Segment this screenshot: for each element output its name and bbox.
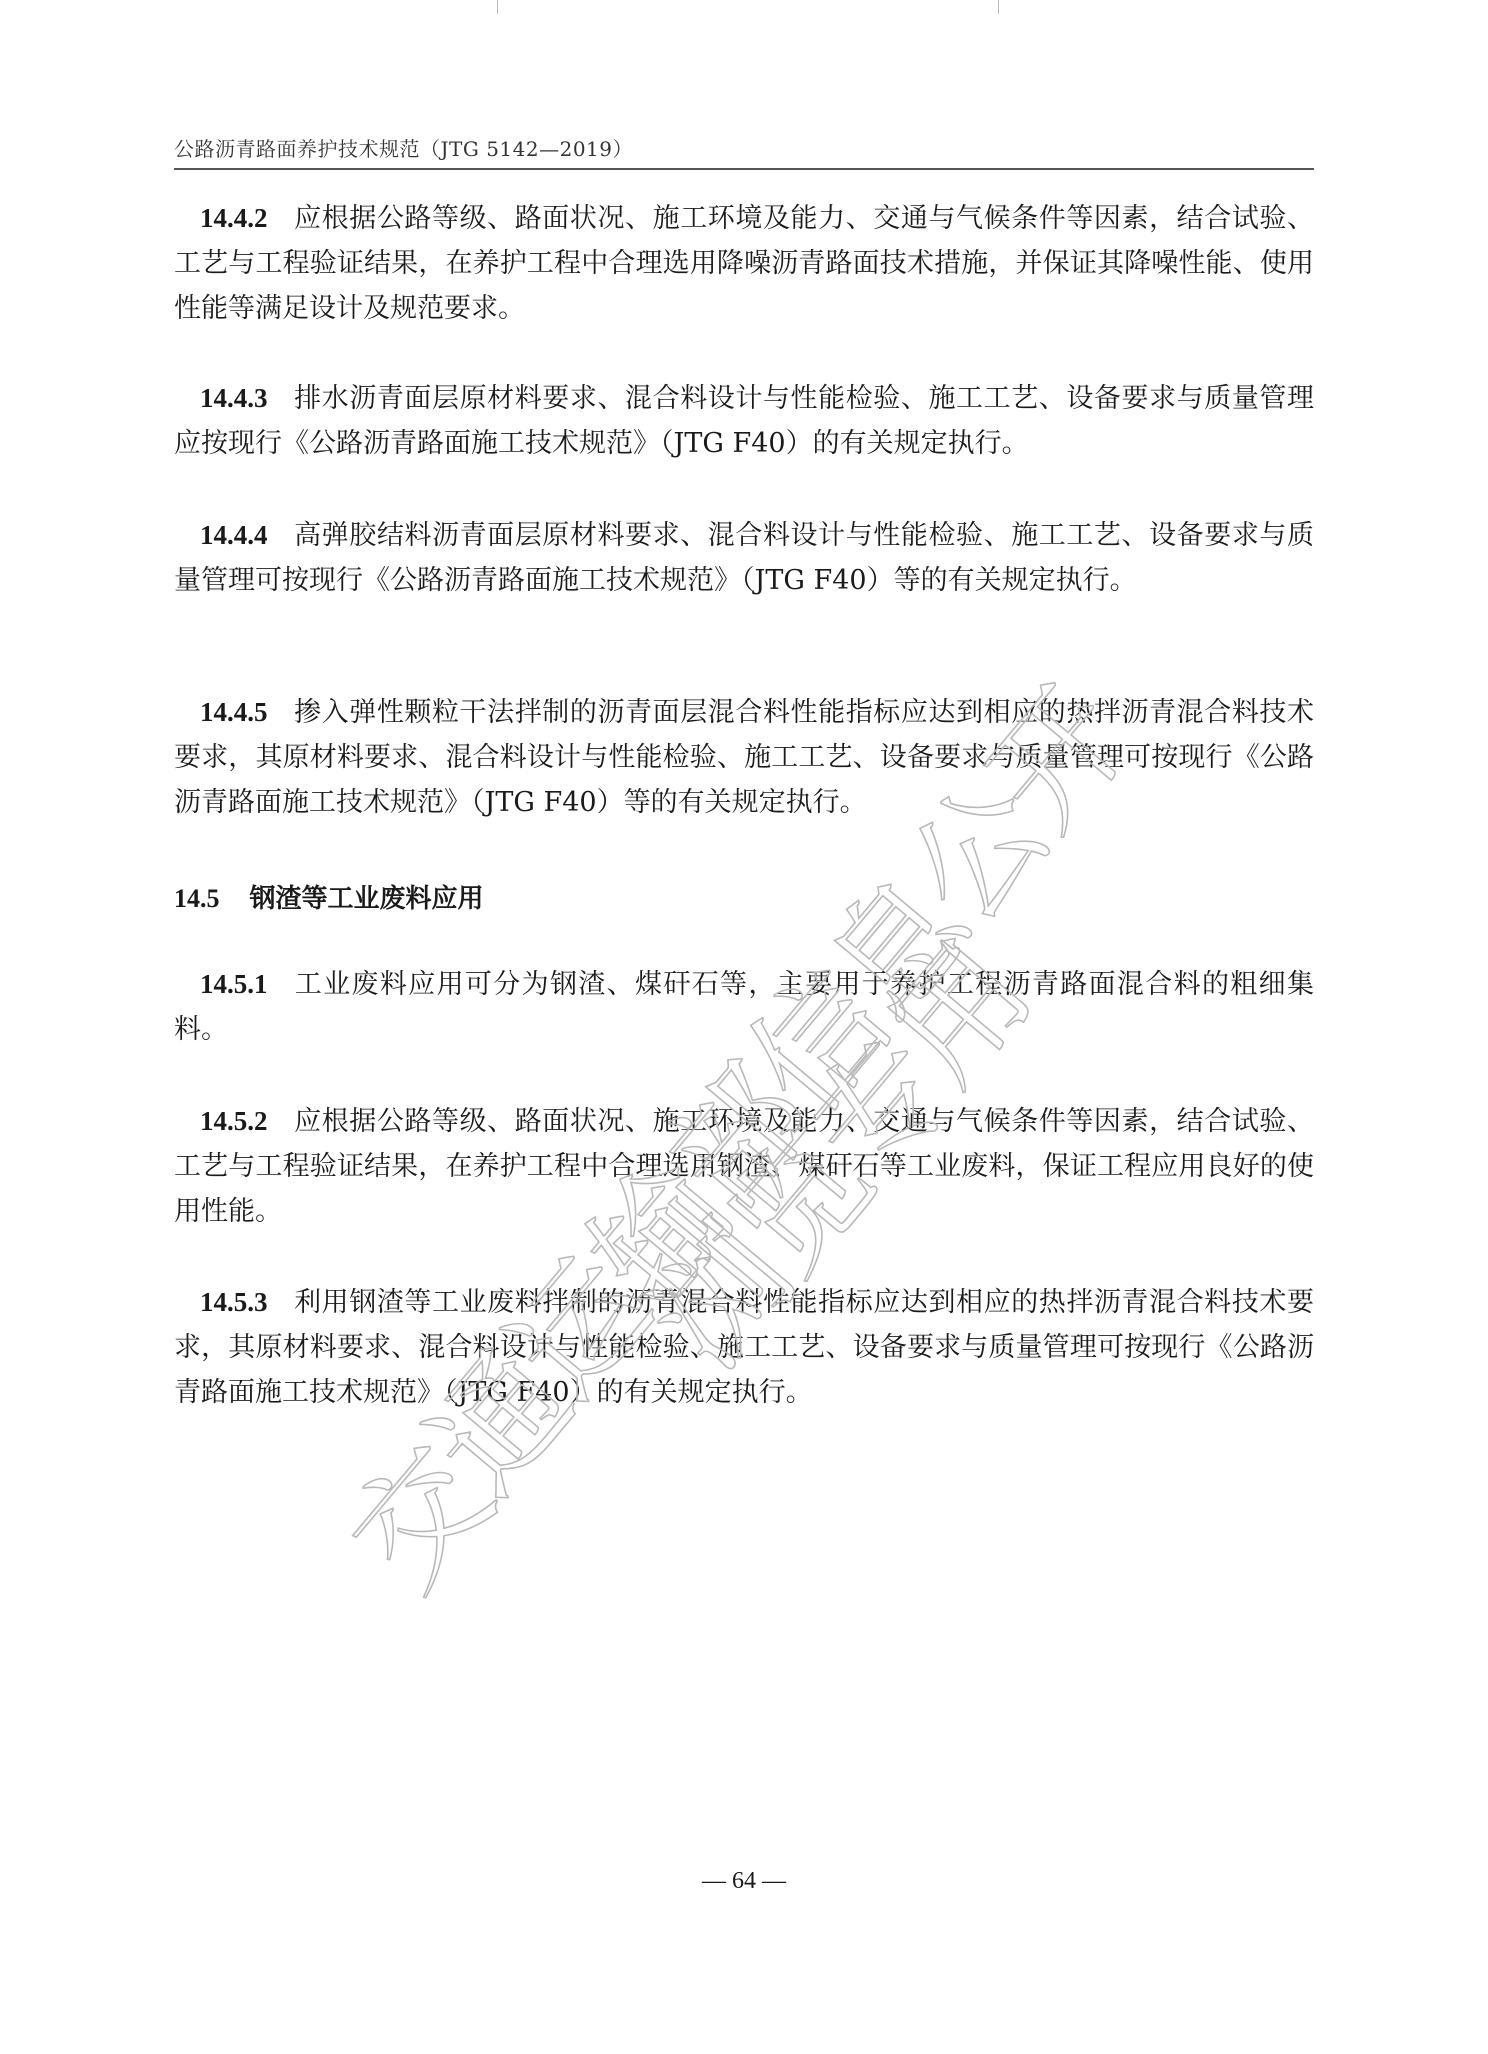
crop-mark-right — [998, 0, 999, 14]
clause-14-5-2: 14.5.2应根据公路等级、路面状况、施工环境及能力、交通与气候条件等因素，结合… — [174, 1099, 1314, 1234]
clause-number: 14.5.3 — [200, 1287, 268, 1317]
clause-text: 排水沥青面层原材料要求、混合料设计与性能检验、施工工艺、设备要求与质量管理应按现… — [174, 383, 1314, 459]
clause-text: 应根据公路等级、路面状况、施工环境及能力、交通与气候条件等因素，结合试验、工艺与… — [174, 203, 1314, 324]
section-title: 钢渣等工业废料应用 — [250, 884, 484, 914]
clause-text: 工业废料应用可分为钢渣、煤矸石等，主要用于养护工程沥青路面混合料的粗细集料。 — [174, 969, 1314, 1045]
section-number: 14.5 — [174, 884, 220, 913]
clause-text: 掺入弹性颗粒干法拌制的沥青面层混合料性能指标应达到相应的热拌沥青混合料技术要求，… — [174, 697, 1314, 818]
header-rule — [174, 168, 1314, 170]
clause-number: 14.5.2 — [200, 1106, 268, 1136]
clause-text: 高弹胶结料沥青面层原材料要求、混合料设计与性能检验、施工工艺、设备要求与质量管理… — [174, 520, 1314, 596]
clause-number: 14.5.1 — [200, 969, 268, 999]
clause-14-4-2: 14.4.2应根据公路等级、路面状况、施工环境及能力、交通与气候条件等因素，结合… — [174, 196, 1314, 331]
page-number: — 64 — — [0, 1868, 1488, 1895]
clause-text: 应根据公路等级、路面状况、施工环境及能力、交通与气候条件等因素，结合试验、工艺与… — [174, 1106, 1314, 1227]
clause-14-4-5: 14.4.5掺入弹性颗粒干法拌制的沥青面层混合料性能指标应达到相应的热拌沥青混合… — [174, 690, 1314, 825]
clause-number: 14.4.3 — [200, 383, 268, 413]
clause-14-5-3: 14.5.3利用钢渣等工业废料拌制的沥青混合料性能指标应达到相应的热拌沥青混合料… — [174, 1280, 1314, 1415]
clause-number: 14.4.5 — [200, 697, 268, 727]
clause-text: 利用钢渣等工业废料拌制的沥青混合料性能指标应达到相应的热拌沥青混合料技术要求，其… — [174, 1287, 1314, 1408]
clause-14-4-3: 14.4.3排水沥青面层原材料要求、混合料设计与性能检验、施工工艺、设备要求与质… — [174, 376, 1314, 466]
crop-mark-left — [497, 0, 498, 14]
clause-number: 14.4.2 — [200, 203, 268, 233]
clause-14-5-1: 14.5.1工业废料应用可分为钢渣、煤矸石等，主要用于养护工程沥青路面混合料的粗… — [174, 962, 1314, 1052]
section-heading-14-5: 14.5钢渣等工业废料应用 — [174, 878, 484, 915]
clause-number: 14.4.4 — [200, 520, 268, 550]
clause-14-4-4: 14.4.4高弹胶结料沥青面层原材料要求、混合料设计与性能检验、施工工艺、设备要… — [174, 513, 1314, 603]
running-header: 公路沥青路面养护技术规范（JTG 5142—2019） — [174, 133, 633, 162]
